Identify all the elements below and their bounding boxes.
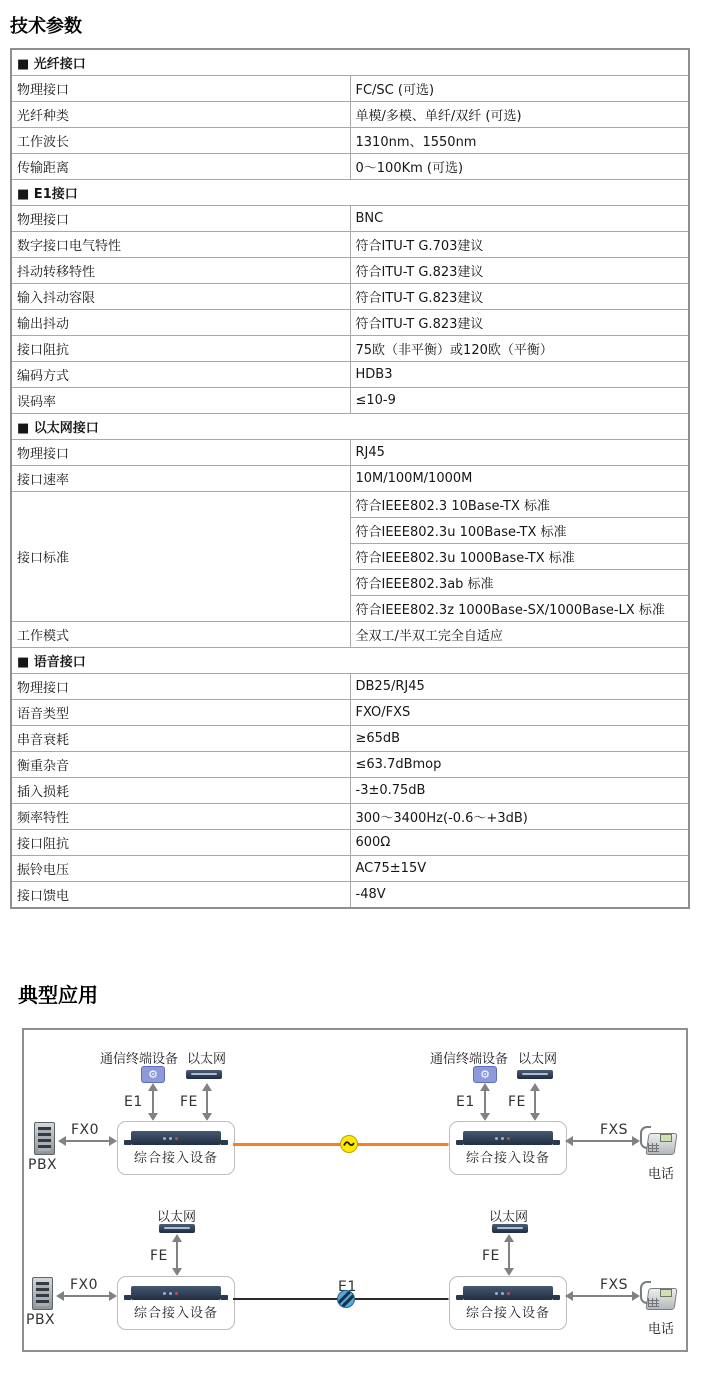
spec-row: 输出抖动符合ITU-T G.823建议 — [11, 310, 689, 336]
spec-row: 插入损耗-3±0.75dB — [11, 778, 689, 804]
spec-row-value: ≤10-9 — [350, 388, 689, 414]
spec-row: 物理接口RJ45 — [11, 440, 689, 466]
ethernet-switch-icon — [159, 1224, 195, 1233]
spec-row-label: 接口标准 — [11, 492, 350, 622]
spec-row-value: 全双工/半双工完全自适应 — [350, 622, 689, 648]
ethernet-switch-icon — [492, 1224, 528, 1233]
e1-arrow — [484, 1091, 486, 1113]
spec-table: ■ 光纤接口物理接口FC/SC (可选)光纤种类单模/多模、单纤/双纤 (可选)… — [10, 48, 690, 909]
fe-arrow — [534, 1091, 536, 1113]
spec-row-label: 插入损耗 — [11, 778, 350, 804]
spec-row: 物理接口BNC — [11, 206, 689, 232]
spec-row-value: 10M/100M/1000M — [350, 466, 689, 492]
spec-row: 工作波长1310nm、1550nm — [11, 128, 689, 154]
spec-row-label: 工作波长 — [11, 128, 350, 154]
spec-row-value: 符合IEEE802.3 10Base-TX 标准 — [350, 492, 689, 518]
ethernet-label: 以太网 — [157, 1206, 196, 1225]
spec-row: 接口馈电-48V — [11, 882, 689, 909]
spec-row-value: 0～100Km (可选) — [350, 154, 689, 180]
spec-row: 传输距离0～100Km (可选) — [11, 154, 689, 180]
access-device-label: 综合接入设备 — [134, 1302, 218, 1321]
fe-arrow — [508, 1242, 510, 1268]
pbx-label: PBX — [26, 1312, 55, 1328]
pbx-icon — [32, 1277, 53, 1310]
spec-row-value: 符合ITU-T G.823建议 — [350, 310, 689, 336]
spec-row-value: 300～3400Hz(-0.6～+3dB) — [350, 804, 689, 830]
ethernet-label: 以太网 — [187, 1048, 226, 1067]
spec-row: 光纤种类单模/多模、单纤/双纤 (可选) — [11, 102, 689, 128]
telephone-icon — [640, 1281, 676, 1313]
spec-row-value: 符合ITU-T G.703建议 — [350, 232, 689, 258]
spec-row-value: AC75±15V — [350, 856, 689, 882]
rack-unit-image — [131, 1286, 221, 1300]
spec-row: 数字接口电气特性符合ITU-T G.703建议 — [11, 232, 689, 258]
spec-row: 编码方式HDB3 — [11, 362, 689, 388]
terminal-device-icon: ⚙ — [473, 1066, 497, 1083]
rack-unit-image — [463, 1286, 553, 1300]
ethernet-switch-icon — [517, 1070, 553, 1079]
spec-row: 频率特性300～3400Hz(-0.6～+3dB) — [11, 804, 689, 830]
spec-row-label: 语音类型 — [11, 700, 350, 726]
spec-row-value: 符合IEEE802.3z 1000Base-SX/1000Base-LX 标准 — [350, 596, 689, 622]
access-device-box: 综合接入设备 — [449, 1276, 567, 1330]
e1-link-icon — [337, 1290, 355, 1308]
fxs-arrow — [573, 1140, 632, 1142]
spec-row-label: 抖动转移特性 — [11, 258, 350, 284]
spec-section-title: ■ E1接口 — [11, 180, 689, 206]
fxs-label: FXS — [600, 1122, 628, 1138]
spec-row: 接口阻抗600Ω — [11, 830, 689, 856]
spec-section-row: ■ 以太网接口 — [11, 414, 689, 440]
spec-row-value: ≥65dB — [350, 726, 689, 752]
spec-row-label: 数字接口电气特性 — [11, 232, 350, 258]
fe-arrow — [206, 1091, 208, 1113]
access-device-box: 综合接入设备 — [117, 1121, 235, 1175]
spec-row-label: 工作模式 — [11, 622, 350, 648]
access-device-label: 综合接入设备 — [466, 1302, 550, 1321]
fx0-arrow — [66, 1140, 109, 1142]
spec-row-value: -3±0.75dB — [350, 778, 689, 804]
spec-row-label: 传输距离 — [11, 154, 350, 180]
telephone-label: 电话 — [648, 1318, 674, 1337]
fxs-arrow — [573, 1295, 632, 1297]
spec-row-label: 接口阻抗 — [11, 830, 350, 856]
fxs-label: FXS — [600, 1277, 628, 1293]
pbx-icon — [34, 1122, 55, 1155]
spec-row-value: RJ45 — [350, 440, 689, 466]
spec-section-row: ■ 光纤接口 — [11, 49, 689, 76]
spec-row-value: 符合IEEE802.3ab 标准 — [350, 570, 689, 596]
spec-row: 振铃电压AC75±15V — [11, 856, 689, 882]
spec-section-title: ■ 语音接口 — [11, 648, 689, 674]
spec-row: 误码率≤10-9 — [11, 388, 689, 414]
typical-app-title: 典型应用 — [18, 979, 704, 1008]
fx0-label: FX0 — [71, 1122, 99, 1138]
spec-row-label: 光纤种类 — [11, 102, 350, 128]
spec-row-value: 单模/多模、单纤/双纤 (可选) — [350, 102, 689, 128]
spec-row-label: 输入抖动容限 — [11, 284, 350, 310]
spec-row-value: 符合IEEE802.3u 1000Base-TX 标准 — [350, 544, 689, 570]
pbx-label: PBX — [28, 1157, 57, 1173]
spec-row-value: 符合ITU-T G.823建议 — [350, 258, 689, 284]
tech-params-title: 技术参数 — [10, 12, 704, 38]
access-device-box: 综合接入设备 — [449, 1121, 567, 1175]
spec-row-label: 物理接口 — [11, 76, 350, 102]
spec-row-value: 符合IEEE802.3u 100Base-TX 标准 — [350, 518, 689, 544]
spec-row-label: 接口速率 — [11, 466, 350, 492]
ethernet-label: 以太网 — [489, 1206, 528, 1225]
spec-row: 输入抖动容限符合ITU-T G.823建议 — [11, 284, 689, 310]
rack-unit-image — [463, 1131, 553, 1145]
e1-arrow — [152, 1091, 154, 1113]
terminal-device-label: 通信终端设备 — [430, 1048, 508, 1067]
spec-row: 物理接口FC/SC (可选) — [11, 76, 689, 102]
spec-row-label: 衡重杂音 — [11, 752, 350, 778]
spec-row-label: 物理接口 — [11, 206, 350, 232]
spec-row: 抖动转移特性符合ITU-T G.823建议 — [11, 258, 689, 284]
fe-port-label: FE — [180, 1094, 198, 1110]
spec-row: 接口标准符合IEEE802.3 10Base-TX 标准 — [11, 492, 689, 518]
access-device-box: 综合接入设备 — [117, 1276, 235, 1330]
terminal-device-label: 通信终端设备 — [100, 1048, 178, 1067]
spec-row-value: FXO/FXS — [350, 700, 689, 726]
spec-row-label: 物理接口 — [11, 674, 350, 700]
spec-row-label: 接口馈电 — [11, 882, 350, 909]
spec-row: 语音类型FXO/FXS — [11, 700, 689, 726]
spec-row-value: HDB3 — [350, 362, 689, 388]
spec-row-value: DB25/RJ45 — [350, 674, 689, 700]
terminal-device-icon: ⚙ — [141, 1066, 165, 1083]
spec-row: 工作模式全双工/半双工完全自适应 — [11, 622, 689, 648]
spec-row-label: 串音衰耗 — [11, 726, 350, 752]
rack-unit-image — [131, 1131, 221, 1145]
spec-row-label: 频率特性 — [11, 804, 350, 830]
spec-section-title: ■ 以太网接口 — [11, 414, 689, 440]
ethernet-label: 以太网 — [518, 1048, 557, 1067]
spec-row-value: 1310nm、1550nm — [350, 128, 689, 154]
spec-row-label: 输出抖动 — [11, 310, 350, 336]
spec-row-value: -48V — [350, 882, 689, 909]
spec-row-label: 振铃电压 — [11, 856, 350, 882]
spec-section-title: ■ 光纤接口 — [11, 49, 689, 76]
spec-row: 接口速率10M/100M/1000M — [11, 466, 689, 492]
spec-row: 接口阻抗75欧（非平衡）或120欧（平衡） — [11, 336, 689, 362]
spec-row-value: ≤63.7dBmop — [350, 752, 689, 778]
fe-port-label: FE — [508, 1094, 526, 1110]
spec-row-label: 接口阻抗 — [11, 336, 350, 362]
telephone-label: 电话 — [648, 1163, 674, 1182]
telephone-icon — [640, 1126, 676, 1158]
fiber-link-icon — [340, 1135, 358, 1153]
spec-row: 串音衰耗≥65dB — [11, 726, 689, 752]
access-device-label: 综合接入设备 — [466, 1147, 550, 1166]
spec-row-value: 600Ω — [350, 830, 689, 856]
ethernet-switch-icon — [186, 1070, 222, 1079]
spec-row-value: 75欧（非平衡）或120欧（平衡） — [350, 336, 689, 362]
spec-row: 衡重杂音≤63.7dBmop — [11, 752, 689, 778]
spec-section-row: ■ 语音接口 — [11, 648, 689, 674]
spec-row-value: FC/SC (可选) — [350, 76, 689, 102]
typical-application-diagram: 通信终端设备 以太网 ⚙ E1 FE 综合接入设备 PBX FX0 通信终端设备… — [22, 1028, 688, 1352]
spec-table-body: ■ 光纤接口物理接口FC/SC (可选)光纤种类单模/多模、单纤/双纤 (可选)… — [11, 49, 689, 908]
spec-row-label: 物理接口 — [11, 440, 350, 466]
spec-row-value: 符合ITU-T G.823建议 — [350, 284, 689, 310]
spec-row-label: 编码方式 — [11, 362, 350, 388]
spec-section-row: ■ E1接口 — [11, 180, 689, 206]
spec-row-label: 误码率 — [11, 388, 350, 414]
fx0-label: FX0 — [70, 1277, 98, 1293]
fe-port-label: FE — [482, 1248, 500, 1264]
fx0-arrow — [64, 1295, 109, 1297]
access-device-label: 综合接入设备 — [134, 1147, 218, 1166]
e1-port-label: E1 — [456, 1094, 475, 1110]
fe-port-label: FE — [150, 1248, 168, 1264]
spec-row-value: BNC — [350, 206, 689, 232]
fe-arrow — [176, 1242, 178, 1268]
e1-port-label: E1 — [124, 1094, 143, 1110]
spec-row: 物理接口DB25/RJ45 — [11, 674, 689, 700]
